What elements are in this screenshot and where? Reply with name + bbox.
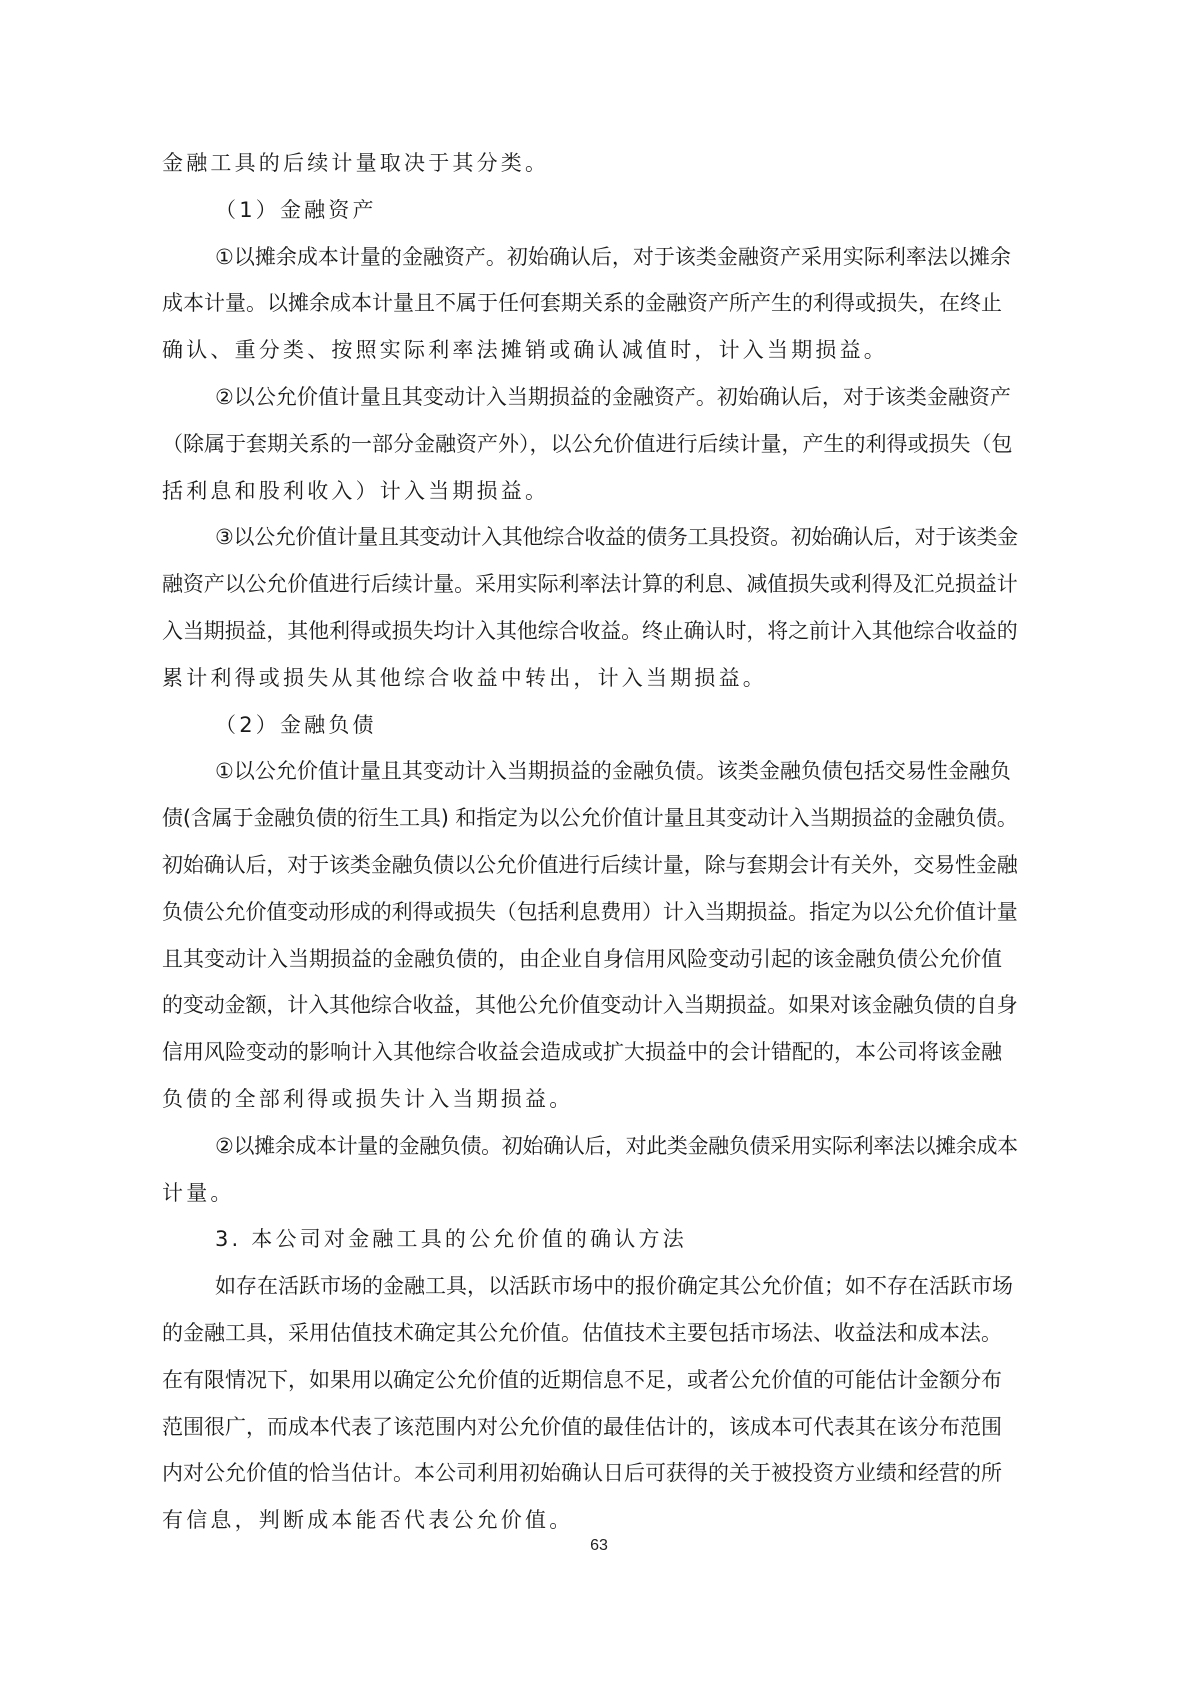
text-line: 内对公允价值的恰当估计。本公司利用初始确认日后可获得的关于被投资方业绩和经营的所: [162, 1450, 1018, 1497]
text-line: 累计利得或损失从其他综合收益中转出，计入当期损益。: [162, 655, 1018, 702]
text-line: （除属于套期关系的一部分金融资产外），以公允价值进行后续计量，产生的利得或损失（…: [162, 421, 1018, 468]
page-number: 63: [0, 1537, 1198, 1555]
document-body: 金融工具的后续计量取决于其分类。（1）金融资产①以摊余成本计量的金融资产。初始确…: [162, 140, 1018, 1544]
text-line: 在有限情况下，如果用以确定公允价值的近期信息不足，或者公允价值的可能估计金额分布: [162, 1357, 1018, 1404]
text-line: 确认、重分类、按照实际利率法摊销或确认减值时，计入当期损益。: [162, 327, 1018, 374]
text-line: ②以公允价值计量且其变动计入当期损益的金融资产。初始确认后，对于该类金融资产: [162, 374, 1018, 421]
text-line: 计量。: [162, 1170, 1018, 1217]
text-line: 且其变动计入当期损益的金融负债的，由企业自身信用风险变动引起的该金融负债公允价值: [162, 936, 1018, 983]
text-line: 金融工具的后续计量取决于其分类。: [162, 140, 1018, 187]
text-line: ②以摊余成本计量的金融负债。初始确认后，对此类金融负债采用实际利率法以摊余成本: [162, 1123, 1018, 1170]
text-line: 的变动金额，计入其他综合收益，其他公允价值变动计入当期损益。如果对该金融负债的自…: [162, 982, 1018, 1029]
section-heading: 3. 本公司对金融工具的公允价值的确认方法: [162, 1216, 1018, 1263]
text-line: ③以公允价值计量且其变动计入其他综合收益的债务工具投资。初始确认后，对于该类金: [162, 514, 1018, 561]
text-line: 成本计量。以摊余成本计量且不属于任何套期关系的金融资产所产生的利得或损失，在终止: [162, 280, 1018, 327]
document-page: 金融工具的后续计量取决于其分类。（1）金融资产①以摊余成本计量的金融资产。初始确…: [0, 0, 1200, 1696]
text-line: 初始确认后，对于该类金融负债以公允价值进行后续计量，除与套期会计有关外，交易性金…: [162, 842, 1018, 889]
section-heading: （1）金融资产: [162, 187, 1018, 234]
text-line: ①以公允价值计量且其变动计入当期损益的金融负债。该类金融负债包括交易性金融负: [162, 748, 1018, 795]
text-line: 信用风险变动的影响计入其他综合收益会造成或扩大损益中的会计错配的，本公司将该金融: [162, 1029, 1018, 1076]
text-line: 范围很广，而成本代表了该范围内对公允价值的最佳估计的，该成本可代表其在该分布范围: [162, 1404, 1018, 1451]
text-line: 债(含属于金融负债的衍生工具) 和指定为以公允价值计量且其变动计入当期损益的金融…: [162, 795, 1018, 842]
text-line: 负债公允价值变动形成的利得或损失（包括利息费用）计入当期损益。指定为以公允价值计…: [162, 889, 1018, 936]
text-line: 融资产以公允价值进行后续计量。采用实际利率法计算的利息、减值损失或利得及汇兑损益…: [162, 561, 1018, 608]
text-line: ①以摊余成本计量的金融资产。初始确认后，对于该类金融资产采用实际利率法以摊余: [162, 234, 1018, 281]
text-line: 入当期损益，其他利得或损失均计入其他综合收益。终止确认时，将之前计入其他综合收益…: [162, 608, 1018, 655]
text-line: 负债的全部利得或损失计入当期损益。: [162, 1076, 1018, 1123]
text-line: 括利息和股利收入）计入当期损益。: [162, 468, 1018, 515]
text-line: 如存在活跃市场的金融工具，以活跃市场中的报价确定其公允价值；如不存在活跃市场: [162, 1263, 1018, 1310]
text-line: 的金融工具，采用估值技术确定其公允价值。估值技术主要包括市场法、收益法和成本法。: [162, 1310, 1018, 1357]
section-heading: （2）金融负债: [162, 702, 1018, 749]
